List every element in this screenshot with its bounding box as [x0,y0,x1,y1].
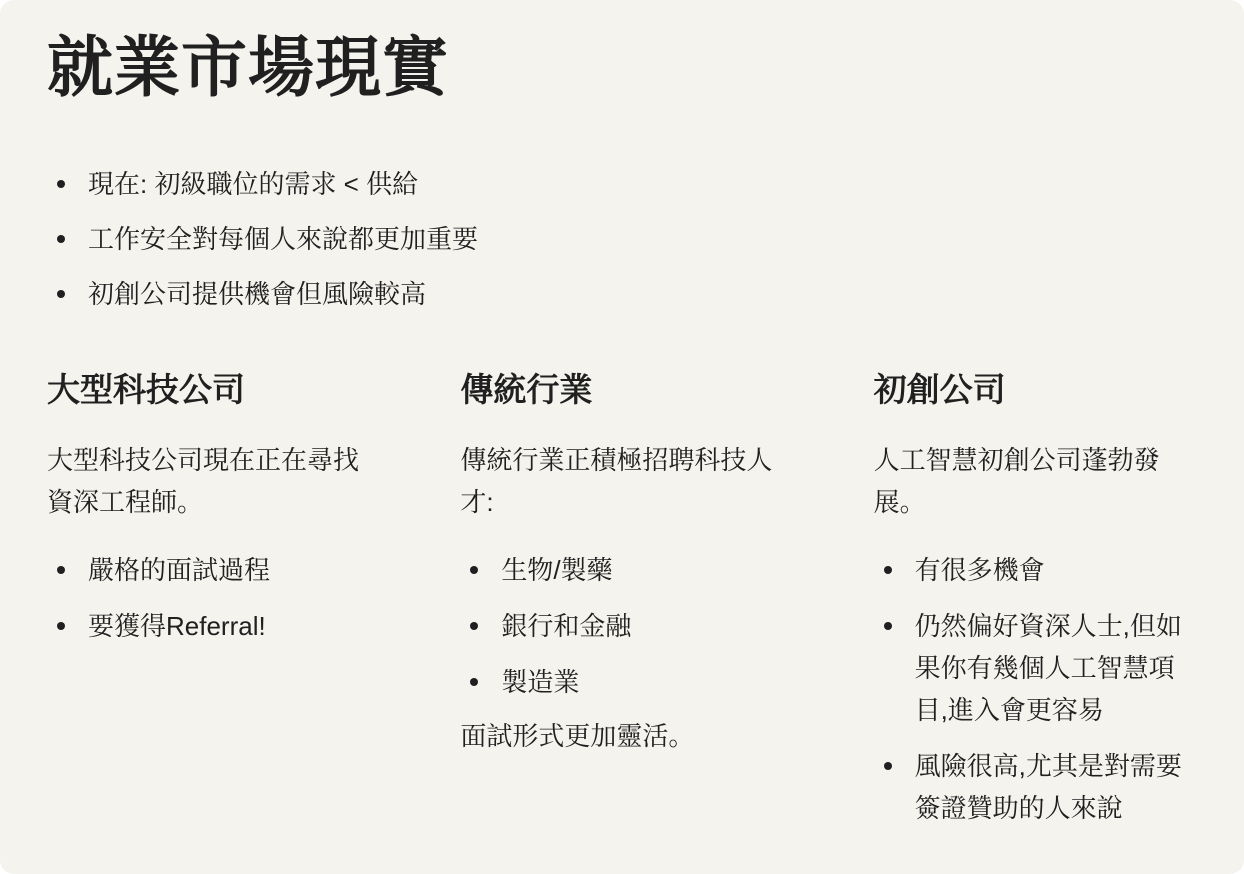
list-item: 現在: 初級職位的需求 < 供給 [47,163,1202,205]
bullet-dot-icon [470,622,478,630]
column-paragraph: 大型科技公司現在正在尋找資深工程師。 [47,439,375,523]
bullet-text: 生物/製藥 [501,555,612,585]
list-item: 製造業 [460,661,788,703]
bullet-text: 現在: 初級職位的需求 < 供給 [88,169,418,199]
bullet-dot-icon [57,235,65,243]
intro-bullet-list: 現在: 初級職位的需求 < 供給工作安全對每個人來說都更加重要初創公司提供機會但… [47,163,1202,315]
column: 大型科技公司大型科技公司現在正在尋找資深工程師。嚴格的面試過程要獲得Referr… [47,368,375,829]
bullet-text: 工作安全對每個人來說都更加重要 [88,224,478,254]
bullet-dot-icon [884,622,892,630]
column: 初創公司人工智慧初創公司蓬勃發展。有很多機會仍然偏好資深人士,但如果你有幾個人工… [874,368,1202,829]
bullet-text: 銀行和金融 [501,611,631,641]
list-item: 銀行和金融 [460,605,788,647]
column: 傳統行業傳統行業正積極招聘科技人才:生物/製藥銀行和金融製造業面試形式更加靈活。 [460,368,788,829]
bullet-dot-icon [57,566,65,574]
bullet-dot-icon [884,762,892,770]
column-footer: 面試形式更加靈活。 [460,715,788,757]
bullet-text: 仍然偏好資深人士,但如果你有幾個人工智慧項目,進入會更容易 [915,611,1182,725]
bullet-text: 要獲得Referral! [88,611,266,641]
column-bullet-list: 嚴格的面試過程要獲得Referral! [47,549,375,647]
list-item: 要獲得Referral! [47,605,375,647]
list-item: 生物/製藥 [460,549,788,591]
list-item: 風險很高,尤其是對需要簽證贊助的人來說 [874,745,1202,829]
list-item: 仍然偏好資深人士,但如果你有幾個人工智慧項目,進入會更容易 [874,605,1202,731]
bullet-dot-icon [57,622,65,630]
column-paragraph: 傳統行業正積極招聘科技人才: [460,439,788,523]
list-item: 有很多機會 [874,549,1202,591]
bullet-dot-icon [57,180,65,188]
bullet-dot-icon [470,566,478,574]
bullet-dot-icon [470,678,478,686]
column-paragraph: 人工智慧初創公司蓬勃發展。 [874,439,1202,523]
bullet-text: 製造業 [501,667,579,697]
bullet-dot-icon [884,566,892,574]
columns-section: 大型科技公司大型科技公司現在正在尋找資深工程師。嚴格的面試過程要獲得Referr… [47,368,1202,829]
bullet-text: 嚴格的面試過程 [88,555,270,585]
slide-page: 就業市場現實 現在: 初級職位的需求 < 供給工作安全對每個人來說都更加重要初創… [0,0,1244,874]
bullet-text: 有很多機會 [915,555,1045,585]
column-heading: 大型科技公司 [47,368,375,412]
list-item: 嚴格的面試過程 [47,549,375,591]
list-item: 工作安全對每個人來說都更加重要 [47,218,1202,260]
column-heading: 初創公司 [874,368,1202,412]
bullet-text: 風險很高,尤其是對需要簽證贊助的人來說 [915,751,1182,823]
page-title: 就業市場現實 [47,30,1202,104]
bullet-text: 初創公司提供機會但風險較高 [88,279,426,309]
column-bullet-list: 有很多機會仍然偏好資深人士,但如果你有幾個人工智慧項目,進入會更容易風險很高,尤… [874,549,1202,829]
column-bullet-list: 生物/製藥銀行和金融製造業 [460,549,788,703]
bullet-dot-icon [57,290,65,298]
column-heading: 傳統行業 [460,368,788,412]
list-item: 初創公司提供機會但風險較高 [47,273,1202,315]
